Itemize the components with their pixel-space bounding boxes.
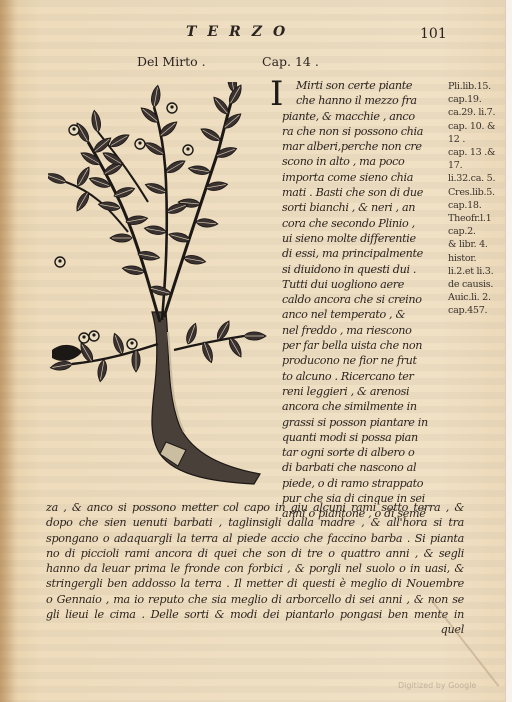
margin-note: cap. 13 .& — [448, 146, 506, 159]
text-line: quanti modi si possa pian — [282, 430, 442, 445]
margin-note: Cres.lib.5. — [448, 186, 506, 199]
body-text-full-width: za , & anco si possono metter col capo i… — [46, 500, 464, 638]
margin-note: histor. — [448, 252, 506, 265]
text-line: scono in alto , ma poco — [282, 154, 442, 169]
margin-note: Auic.li. 2. — [448, 291, 506, 304]
text-line: to alcuno . Ricercano ter — [282, 369, 442, 384]
text-line: reni leggieri , & arenosi — [282, 384, 442, 399]
body-text-right-column: Mirti son certe piante che hanno il mezz… — [282, 78, 442, 522]
margin-note: cap.19. — [448, 93, 506, 106]
text-line: caldo ancora che si creino — [282, 292, 442, 307]
book-page: TERZO 101 Del Mirto . Cap. 14 . — [0, 0, 506, 702]
text-line: mati . Basti che son di due — [282, 185, 442, 200]
text-line: che hanno il mezzo fra — [282, 93, 442, 108]
text-line: Tutti dui uogliono aere — [282, 277, 442, 292]
text-line: stringergli ben addosso la terra . Il me… — [46, 576, 464, 591]
text-line: si diuidono in questi dui . — [282, 262, 442, 277]
margin-note: cap.18. — [448, 199, 506, 212]
margin-note: cap.2. — [448, 225, 506, 238]
text-line: no di piccioli rami ancora di quei che s… — [46, 546, 464, 561]
margin-note: cap.457. — [448, 304, 506, 317]
text-line: dopo che sien uenuti barbati , taglinsig… — [46, 515, 464, 530]
marginal-citations: Pli.lib.15. cap.19. ca.29. li.7. cap. 10… — [448, 80, 506, 318]
text-line: hanno da leuar prima le fronde con forbi… — [46, 561, 464, 576]
running-head: TERZO — [186, 24, 296, 40]
watermark: Digitized by Google — [398, 681, 476, 690]
margin-note: Theofr.l.1 — [448, 212, 506, 225]
text-line: spongano o adaquargli la terra al piede … — [46, 531, 464, 546]
text-line: anco nel temperato , & — [282, 307, 442, 322]
text-line: piante, & macchie , anco — [282, 109, 442, 124]
text-line: di essi, ma principalmente — [282, 246, 442, 261]
text-line: sorti bianchi , & neri , an — [282, 200, 442, 215]
text-line: grassi si posson piantare in — [282, 415, 442, 430]
text-line: o Gennaio , ma io reputo che sia meglio … — [46, 592, 464, 607]
margin-note: li.2.et li.3. — [448, 265, 506, 278]
page-edge — [505, 0, 512, 702]
catchword: quel — [46, 622, 464, 637]
text-line: di barbati che nascono al — [282, 460, 442, 475]
chapter-number: Cap. 14 . — [262, 54, 319, 69]
myrtle-woodcut-illustration — [48, 82, 276, 490]
text-line: mar alberi,perche non cre — [282, 139, 442, 154]
text-line: nel freddo , ma riescono — [282, 323, 442, 338]
page-number: 101 — [420, 26, 447, 42]
margin-note: 17. — [448, 159, 506, 172]
margin-note: 12 . — [448, 133, 506, 146]
gutter-shadow — [0, 0, 18, 702]
text-line: per far bella uista che non — [282, 338, 442, 353]
text-line: ancora che similmente in — [282, 399, 442, 414]
text-line: cora che secondo Plinio , — [282, 216, 442, 231]
text-line: producono ne fior ne frut — [282, 353, 442, 368]
text-line: ui sieno molte differentie — [282, 231, 442, 246]
margin-note: cap. 10. & — [448, 120, 506, 133]
text-line: piede, o di ramo strappato — [282, 476, 442, 491]
margin-note: & libr. 4. — [448, 238, 506, 251]
margin-note: li.32.ca. 5. — [448, 172, 506, 185]
text-line: Mirti son certe piante — [282, 78, 442, 93]
text-line: gli lieui le cima . Delle sorti & modi d… — [46, 607, 464, 622]
text-line: importa come sieno chia — [282, 170, 442, 185]
text-line: tar ogni sorte di albero o — [282, 445, 442, 460]
margin-note: ca.29. li.7. — [448, 106, 506, 119]
text-line: za , & anco si possono metter col capo i… — [46, 500, 464, 515]
text-line: ra che non si possono chia — [282, 124, 442, 139]
margin-note: Pli.lib.15. — [448, 80, 506, 93]
chapter-title: Del Mirto . — [137, 54, 206, 69]
margin-note: de causis. — [448, 278, 506, 291]
